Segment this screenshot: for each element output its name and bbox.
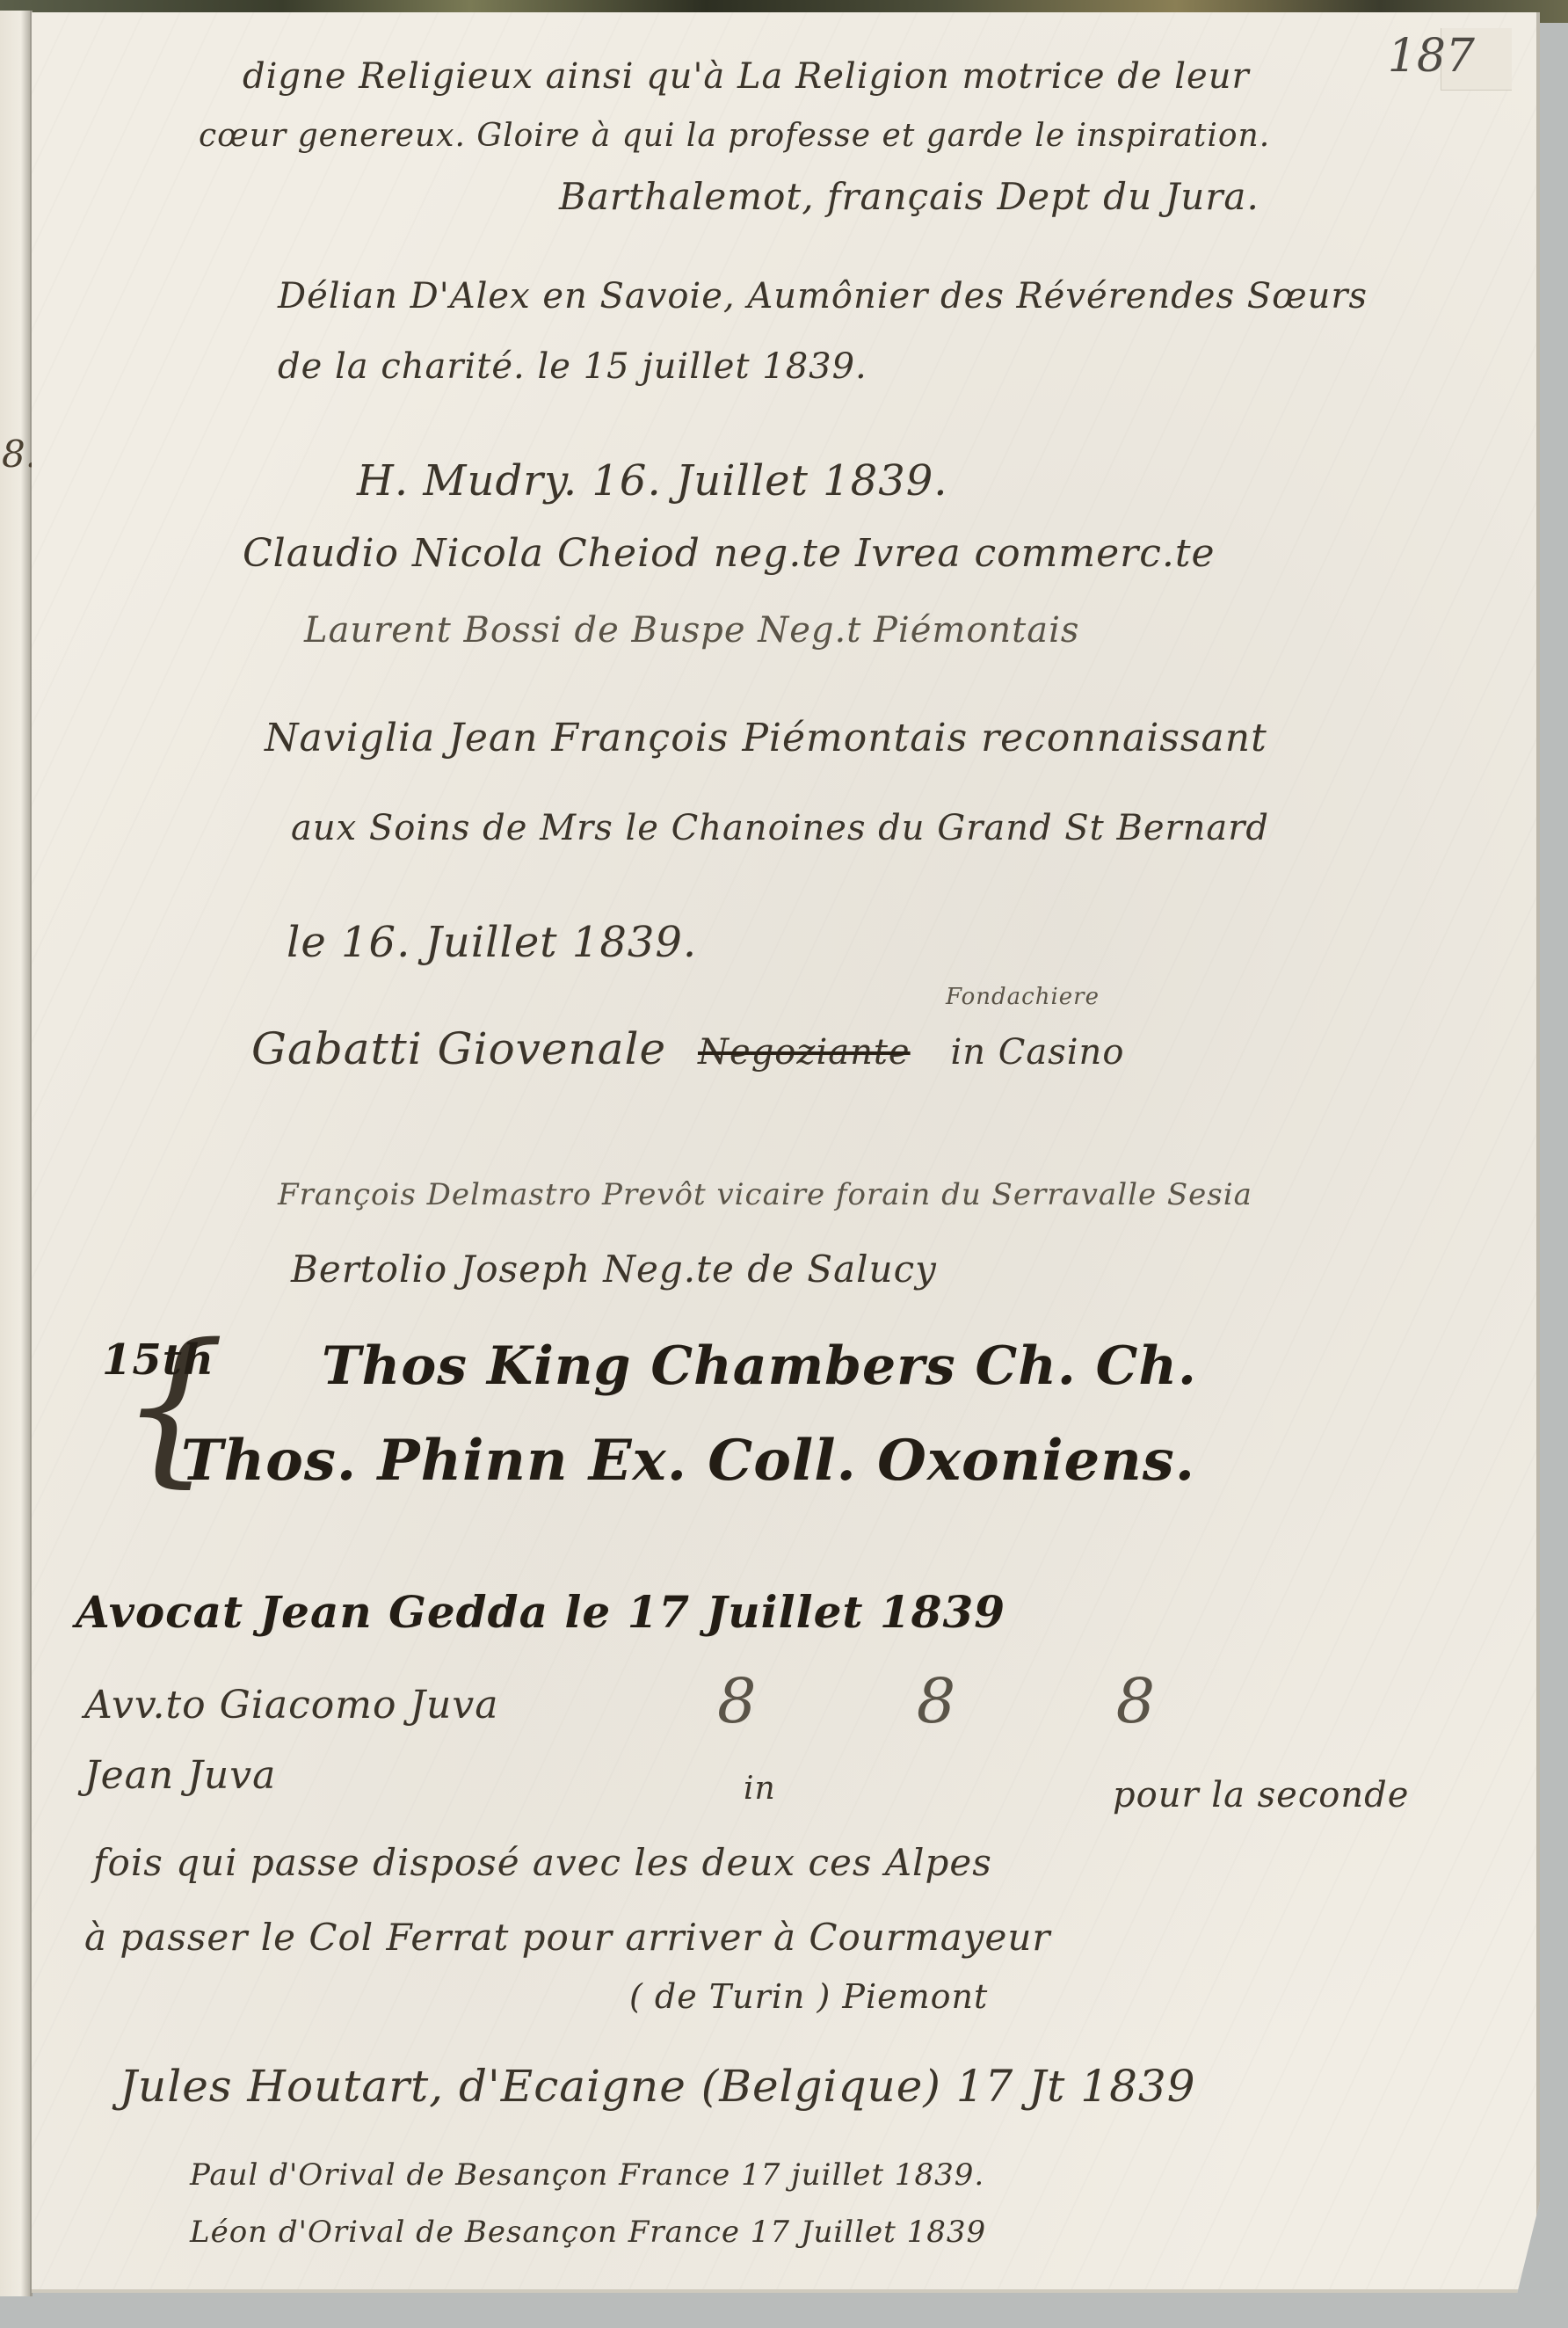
- manuscript-page: 187 digne Religieux ainsi qu'à La Religi…: [32, 12, 1540, 2293]
- insertion-above-line: Fondachiere: [946, 984, 1100, 1010]
- text-line-16: Thos. Phinn Ex. Coll. Oxoniens.: [181, 1428, 1195, 1494]
- previous-page-edge: 8.: [0, 11, 33, 2296]
- text-pour-la-seconde: pour la seconde: [1113, 1775, 1409, 1815]
- text-line-4: Délian D'Alex en Savoie, Aumônier des Ré…: [278, 276, 1368, 316]
- date-15th: 15th: [102, 1335, 214, 1385]
- text-line-17: Avocat Jean Gedda le 17 Juillet 1839: [76, 1586, 1005, 1638]
- figure-eights: 8 8 8: [717, 1665, 1225, 1737]
- text-line-21: à passer le Col Ferrat pour arriver à Co…: [84, 1916, 1050, 1959]
- text-line-9: Naviglia Jean François Piémontais reconn…: [265, 716, 1267, 760]
- text-line-11: le 16. Juillet 1839.: [287, 918, 697, 967]
- text-casino: in Casino: [951, 1032, 1125, 1073]
- text-line-7: Claudio Nicola Cheiod neg.te Ivrea comme…: [243, 531, 1216, 576]
- signature-barthalemot: Barthalemot, français Dept du Jura.: [559, 175, 1259, 218]
- text-line-5: de la charité. le 15 juillet 1839.: [278, 346, 867, 387]
- text-line-12: Gabatti Giovenale Negoziante in Casino: [251, 1023, 1124, 1074]
- text-line-2: cœur genereux. Gloire à qui la professe …: [199, 118, 1270, 154]
- signature-mudry: H. Mudry. 16. Juillet 1839.: [357, 456, 948, 506]
- text-line-14: Bertolio Joseph Neg.te de Salucy: [291, 1248, 937, 1291]
- text-line-20: fois qui passe disposé avec les deux ces…: [93, 1841, 992, 1884]
- text-line-18: Avv.to Giacomo Juva: [84, 1683, 498, 1728]
- text-line-15: Thos King Chambers Ch. Ch.: [322, 1335, 1197, 1397]
- name-gabatti: Gabatti Giovenale: [251, 1023, 666, 1074]
- text-line-19: Jean Juva: [84, 1753, 276, 1798]
- text-line-13: François Delmastro Prevôt vicaire forain…: [278, 1177, 1252, 1212]
- text-line-1: digne Religieux ainsi qu'à La Religion m…: [243, 56, 1250, 97]
- text-line-23: Jules Houtart, d'Ecaigne (Belgique) 17 J…: [120, 2061, 1196, 2112]
- text-line-24: Paul d'Orival de Besançon France 17 juil…: [190, 2157, 984, 2193]
- text-line-25: Léon d'Orival de Besançon France 17 Juil…: [190, 2215, 986, 2250]
- page-number: 187: [1388, 30, 1475, 83]
- text-line-10: aux Soins de Mrs le Chanoines du Grand S…: [291, 808, 1269, 848]
- text-line-22: ( de Turin ) Piemont: [629, 1977, 988, 2016]
- text-line-8: Laurent Bossi de Buspe Neg.t Piémontais: [304, 610, 1079, 651]
- text-in: in: [744, 1771, 776, 1807]
- struck-word: Negoziante: [698, 1032, 911, 1073]
